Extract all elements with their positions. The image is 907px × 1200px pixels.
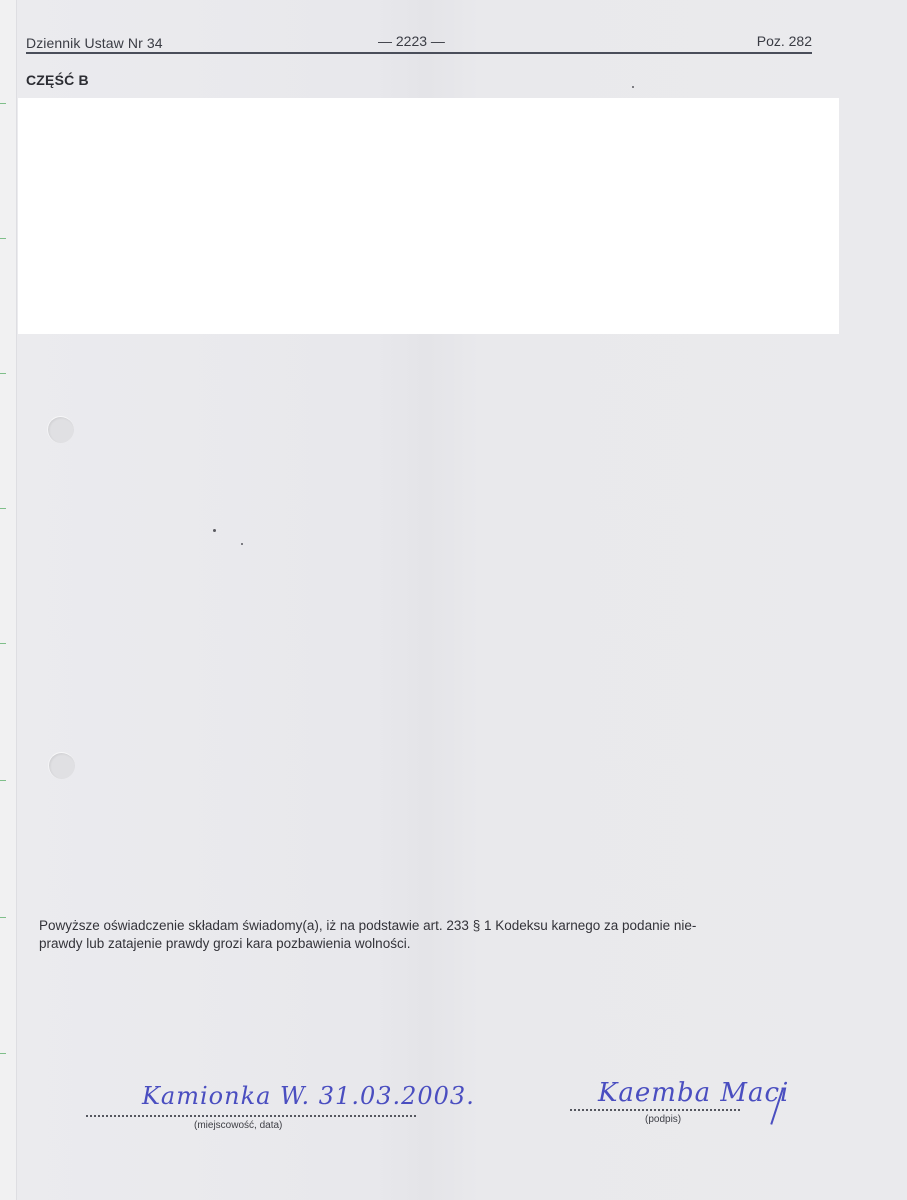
margin-tick [0,373,6,374]
margin-tick [0,780,6,781]
signature-handwriting: Kaemba Maci [598,1078,789,1108]
punch-hole-icon [47,416,74,443]
margin-tick [0,508,6,509]
margin-tick [0,643,6,644]
page-header: Dziennik Ustaw Nr 34 — 2223 — Poz. 282 [26,30,812,54]
statement-line-1: Powyższe oświadczenie składam świadomy(a… [39,917,829,935]
signature-label: (podpis) [645,1114,681,1125]
place-date-handwriting: Kamionka W. 31.03.2003. [142,1082,475,1110]
page-number: — 2223 — [378,33,445,49]
punch-hole-icon [48,752,75,779]
journal-title: Dziennik Ustaw Nr 34 [26,35,163,51]
scan-speck [213,529,216,532]
section-title: CZĘŚĆ B [26,72,89,88]
scan-speck [241,543,243,545]
legal-statement: Powyższe oświadczenie składam świadomy(a… [39,917,829,953]
place-date-dotted-line [86,1115,416,1117]
margin-tick [0,238,6,239]
place-date-block: Kamionka W. 31.03.2003. (miejscowość, da… [86,1078,416,1138]
scanner-edge-strip [0,0,17,1200]
margin-tick [0,103,6,104]
redacted-region [18,98,839,334]
signature-dotted-line [570,1109,740,1111]
margin-tick [0,917,6,918]
signature-block: Kaemba Maci (podpis) [570,1072,810,1132]
position-number: Poz. 282 [757,33,812,49]
scan-speck [632,86,634,88]
place-date-label: (miejscowość, data) [194,1120,282,1131]
statement-line-2: prawdy lub zatajenie prawdy grozi kara p… [39,935,829,953]
margin-tick [0,1053,6,1054]
